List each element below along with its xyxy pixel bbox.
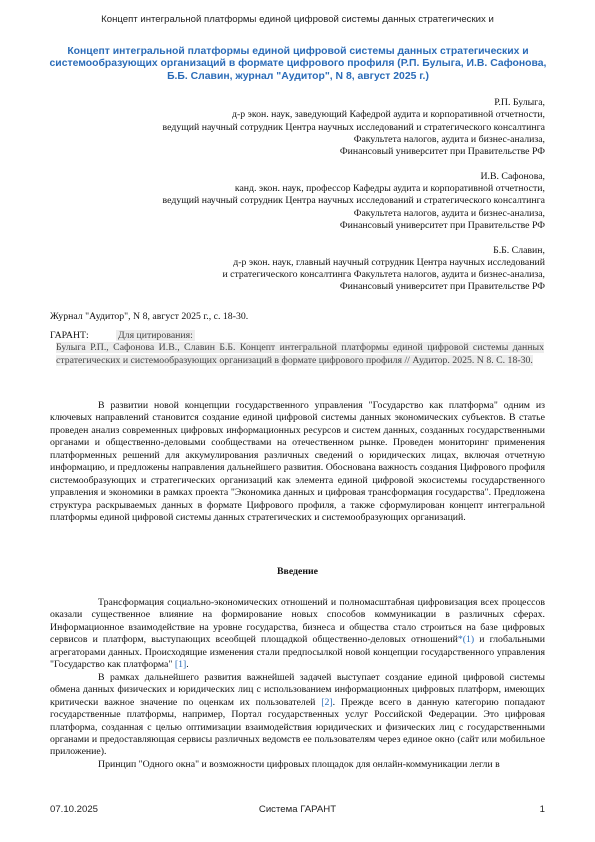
author-name: Р.П. Булыга,: [45, 97, 545, 109]
section-heading-introduction: Введение: [0, 566, 595, 577]
author-affiliation: канд. экон. наук, профессор Кафедры ауди…: [45, 183, 545, 195]
citation-text: Булыга Р.П., Сафонова И.В., Славин Б.Б. …: [56, 342, 544, 367]
garant-label: ГАРАНТ:: [50, 330, 116, 341]
author-name: Б.Б. Славин,: [45, 245, 545, 257]
body-paragraph-2: В рамках дальнейшего развития важнейшей …: [50, 672, 545, 759]
document-title: Концепт интегральной платформы единой ци…: [48, 46, 548, 83]
author-affiliation: Факультета налогов, аудита и бизнес-анал…: [45, 134, 545, 146]
authors-block: Р.П. Булыга, д-р экон. наук, заведующий …: [45, 97, 545, 306]
running-header: Концепт интегральной платформы единой ци…: [0, 14, 595, 25]
author-affiliation: Финансовый университет при Правительстве…: [45, 281, 545, 293]
author-name: И.В. Сафонова,: [45, 171, 545, 183]
author-slavin: Б.Б. Славин, д-р экон. наук, главный нау…: [45, 245, 545, 294]
author-affiliation: и стратегического консалтинга Факультета…: [45, 269, 545, 281]
footer-date: 07.10.2025: [50, 804, 98, 815]
author-affiliation: Финансовый университет при Правительстве…: [45, 220, 545, 232]
body-paragraph-3: Принцип "Одного окна" и возможности цифр…: [50, 759, 545, 771]
abstract-paragraph: В развитии новой концепции государственн…: [50, 400, 545, 525]
reference-link-2[interactable]: [2]: [321, 697, 332, 708]
author-affiliation: Финансовый университет при Правительстве…: [45, 146, 545, 158]
author-affiliation: Факультета налогов, аудита и бизнес-анал…: [45, 208, 545, 220]
author-affiliation: ведущий научный сотрудник Центра научных…: [45, 122, 545, 134]
garant-citation-header: ГАРАНТ:Для цитирования:: [50, 330, 195, 341]
cite-label: Для цитирования:: [116, 330, 195, 341]
text-segment: .: [186, 659, 188, 670]
reference-link-1[interactable]: [1]: [175, 659, 186, 670]
footnote-link[interactable]: *(1): [458, 634, 474, 645]
author-affiliation: ведущий научный сотрудник Центра научных…: [45, 195, 545, 207]
author-affiliation: д-р экон. наук, главный научный сотрудни…: [45, 257, 545, 269]
body-paragraph-1: Трансформация социально-экономических от…: [50, 597, 545, 672]
abstract: В развитии новой концепции государственн…: [50, 400, 545, 525]
journal-reference: Журнал "Аудитор", N 8, август 2025 г., с…: [50, 311, 248, 322]
body-text: Трансформация социально-экономических от…: [50, 597, 545, 771]
author-safonova: И.В. Сафонова, канд. экон. наук, професс…: [45, 171, 545, 232]
footer-system: Система ГАРАНТ: [50, 804, 545, 815]
author-affiliation: д-р экон. наук, заведующий Кафедрой ауди…: [45, 109, 545, 121]
footer-page-number: 1: [540, 804, 545, 815]
author-bulyga: Р.П. Булыга, д-р экон. наук, заведующий …: [45, 97, 545, 158]
citation-body: Булыга Р.П., Сафонова И.В., Славин Б.Б. …: [56, 342, 544, 366]
